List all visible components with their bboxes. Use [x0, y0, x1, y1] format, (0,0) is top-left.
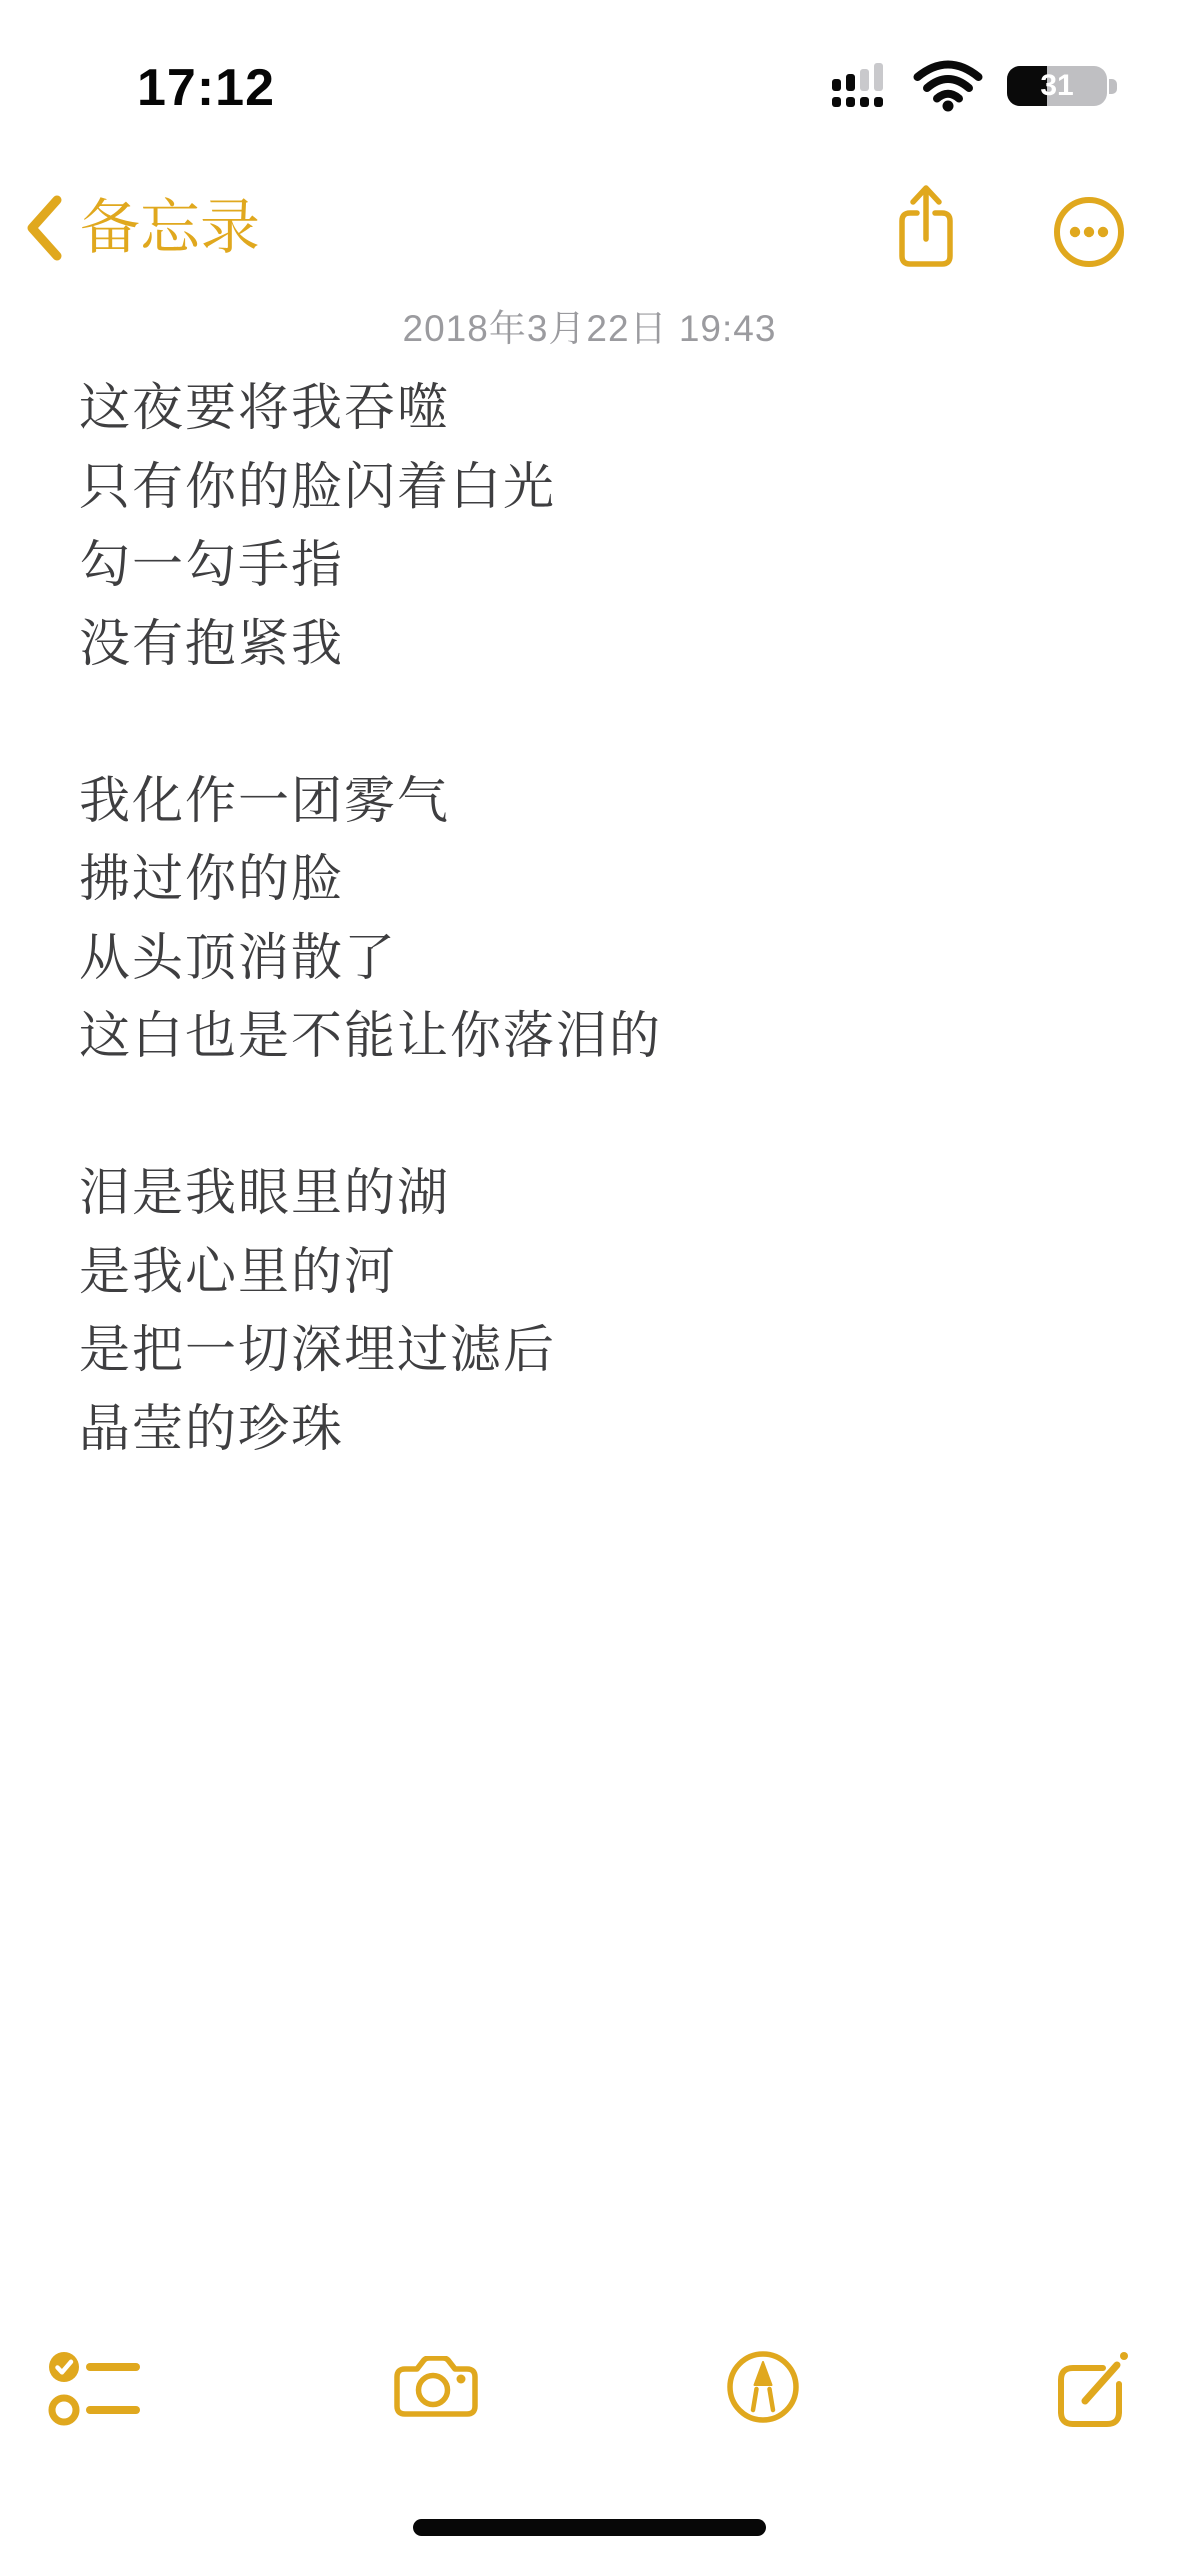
battery-nub [1109, 79, 1117, 94]
note-body[interactable]: 这夜要将我吞噬 只有你的脸闪着白光 勾一勾手指 没有抱紧我 我化作一团雾气 拂过… [79, 364, 1155, 1463]
compose-icon [1053, 2346, 1133, 2428]
note-line: 拂过你的脸 [79, 835, 1155, 914]
share-button[interactable] [896, 182, 956, 270]
camera-icon [392, 2356, 480, 2418]
camera-button[interactable] [392, 2356, 480, 2418]
note-line: 这白也是不能让你落泪的 [79, 992, 1155, 1071]
share-icon [896, 182, 956, 270]
battery-percent: 31 [1007, 66, 1107, 106]
home-indicator[interactable] [413, 2519, 766, 2536]
more-options-icon [1053, 196, 1125, 268]
note-line-blank [79, 1071, 1155, 1150]
compose-button[interactable] [1053, 2346, 1133, 2428]
markup-button[interactable] [726, 2350, 800, 2424]
note-line: 这夜要将我吞噬 [79, 364, 1155, 443]
battery-icon: 31 [1007, 66, 1117, 106]
note-line: 晶莹的珍珠 [79, 1385, 1155, 1464]
note-line: 只有你的脸闪着白光 [79, 443, 1155, 522]
status-icons: 31 [831, 58, 1117, 114]
checklist-button[interactable] [48, 2350, 152, 2426]
note-line-blank [79, 678, 1155, 757]
note-line: 泪是我眼里的湖 [79, 1149, 1155, 1228]
note-line: 没有抱紧我 [79, 600, 1155, 679]
note-line: 从头顶消散了 [79, 914, 1155, 993]
back-button[interactable]: 备忘录 [24, 192, 260, 264]
note-line: 勾一勾手指 [79, 521, 1155, 600]
cellular-signal-icon [831, 59, 889, 113]
wifi-icon [913, 60, 983, 112]
chevron-left-icon [24, 194, 64, 262]
markup-pen-icon [726, 2350, 800, 2424]
more-options-button[interactable] [1053, 196, 1125, 268]
bottom-toolbar [0, 2344, 1179, 2444]
checklist-icon [48, 2350, 152, 2426]
back-button-label: 备忘录 [80, 192, 260, 264]
note-line: 我化作一团雾气 [79, 757, 1155, 836]
note-date: 2018年3月22日 19:43 [0, 298, 1179, 352]
notes-app-screen: 17:12 31 备忘录 [0, 0, 1179, 2556]
note-line: 是把一切深埋过滤后 [79, 1306, 1155, 1385]
status-time: 17:12 [118, 58, 294, 118]
note-line: 是我心里的河 [79, 1228, 1155, 1307]
